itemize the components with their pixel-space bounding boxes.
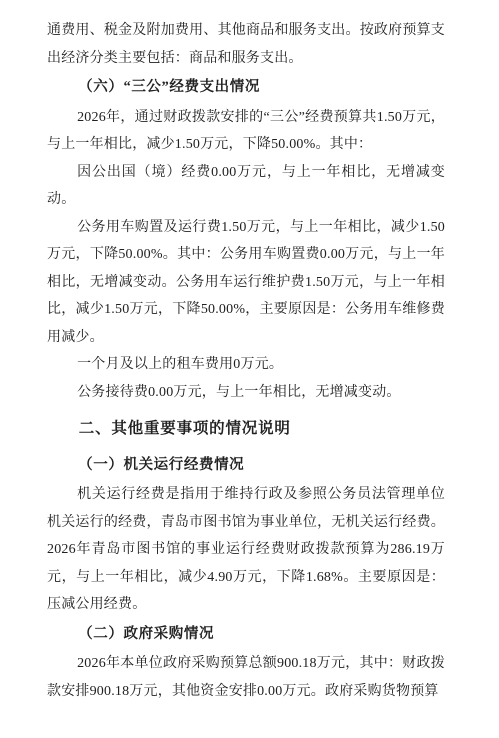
paragraph-government-procurement: 2026年本单位政府采购预算总额900.18万元，其中：财政拨款安排900.18… — [47, 650, 445, 705]
paragraph-sanggong-total: 2026年，通过财政拨款安排的“三公”经费预算共1.50万元，与上一年相比，减少… — [47, 104, 445, 159]
paragraph-vehicle-expense: 公务用车购置及运行费1.50万元，与上一年相比，减少1.50万元，下降50.00… — [47, 214, 445, 352]
paragraph-abroad-expense: 因公出国（境）经费0.00万元，与上一年相比，无增减变动。 — [47, 159, 445, 214]
paragraph-reception-expense: 公务接待费0.00万元，与上一年相比，无增减变动。 — [47, 379, 445, 407]
paragraph-agency-operating-funds: 机关运行经费是指用于维持行政及参照公务员法管理单位机关运行的经费，青岛市图书馆为… — [47, 481, 445, 619]
heading-sanggong-expenses: （六）“三公”经费支出情况 — [47, 74, 445, 102]
document-page: 通费用、税金及附加费用、其他商品和服务支出。按政府预算支出经济分类主要包括：商品… — [0, 0, 499, 738]
heading-government-procurement: （二）政府采购情况 — [47, 621, 445, 649]
heading-other-important-matters: 二、其他重要事项的情况说明 — [47, 415, 445, 443]
heading-agency-operating-funds: （一）机关运行经费情况 — [47, 452, 445, 480]
paragraph-continuation: 通费用、税金及附加费用、其他商品和服务支出。按政府预算支出经济分类主要包括：商品… — [47, 17, 445, 72]
paragraph-rental-expense: 一个月及以上的租车费用0万元。 — [47, 351, 445, 379]
